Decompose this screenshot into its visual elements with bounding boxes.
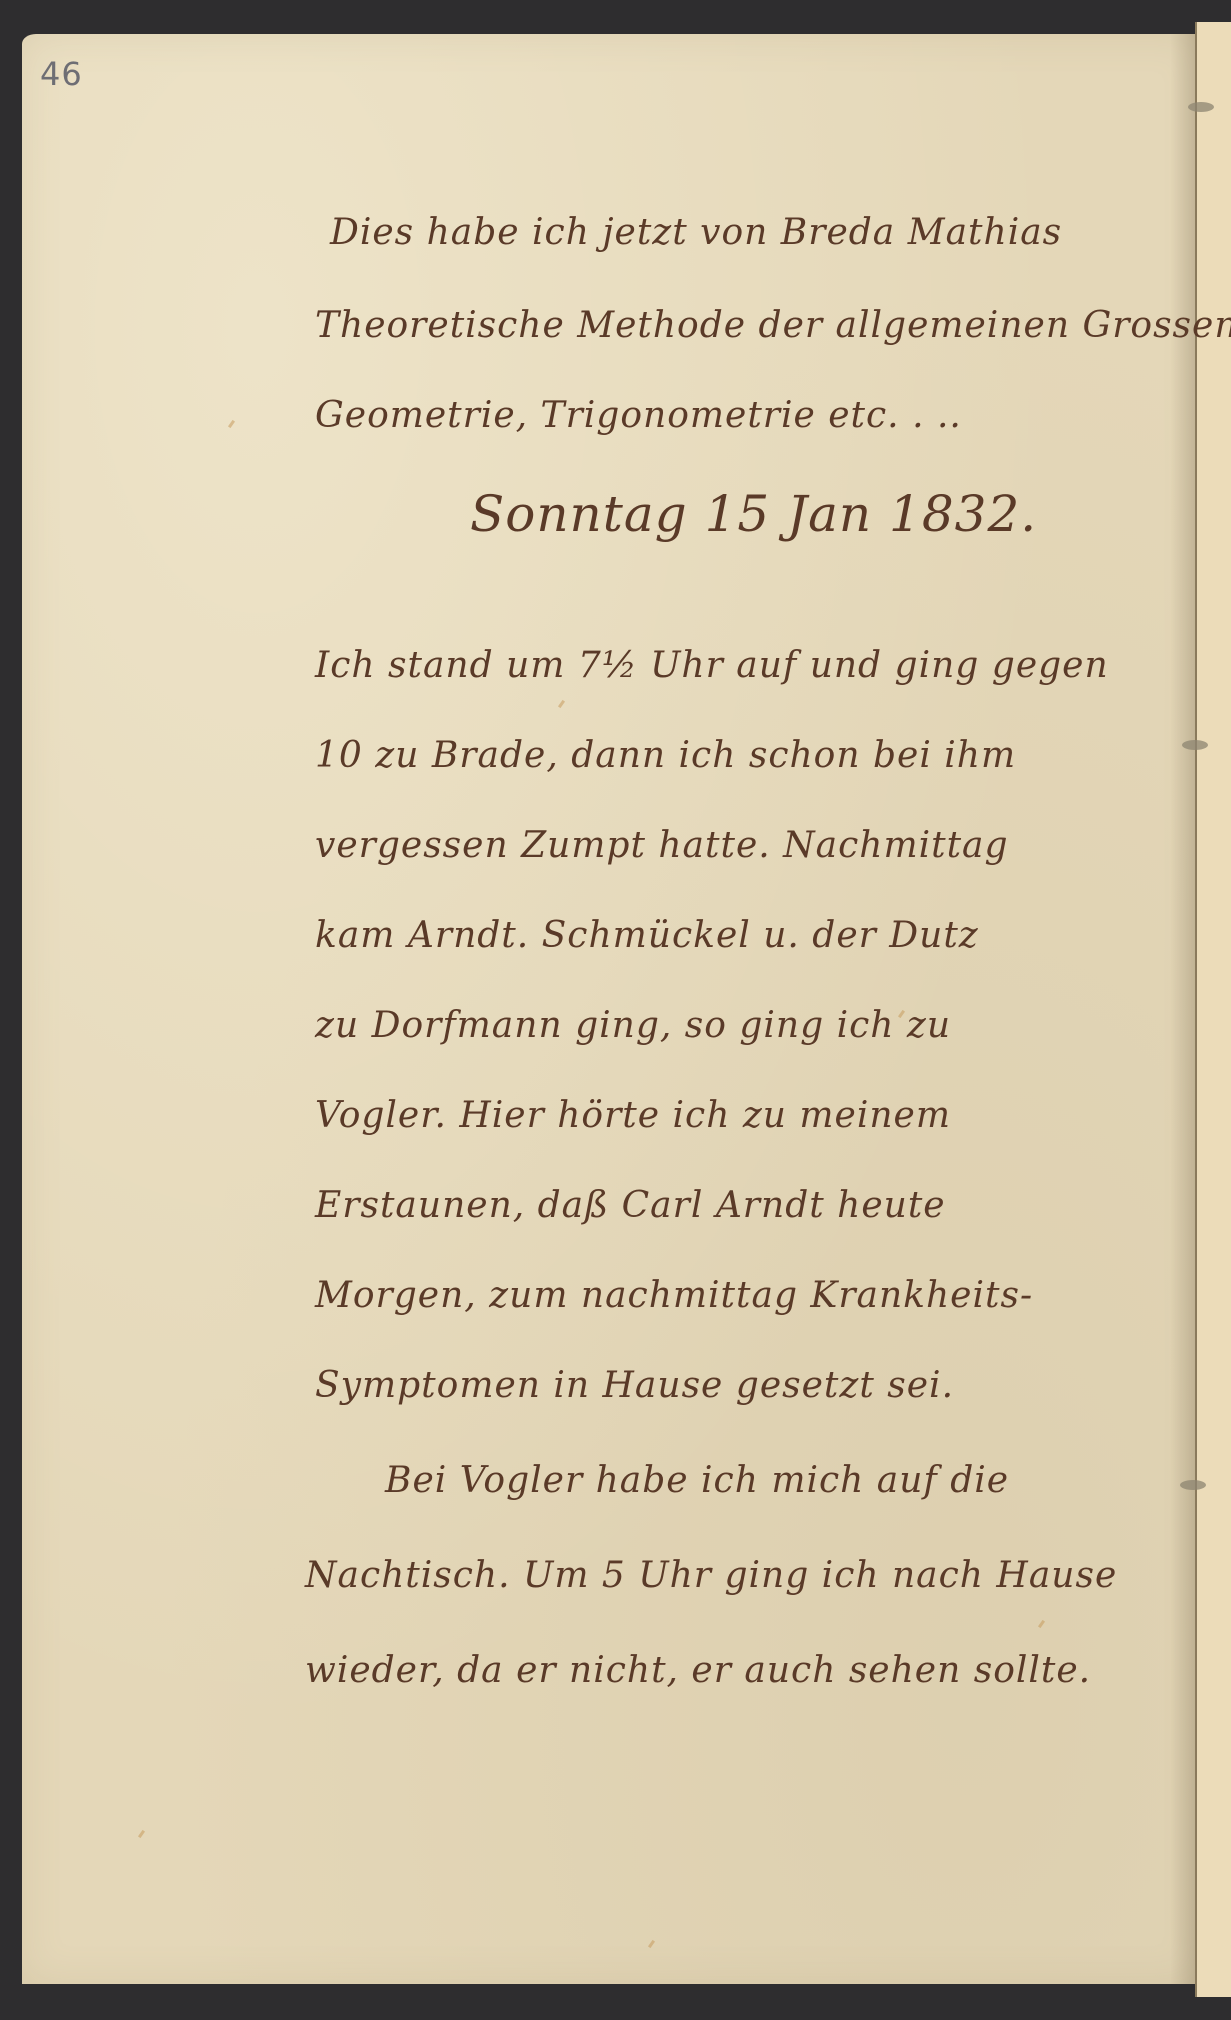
body-line: Vogler. Hier hörte ich zu meinem (315, 1095, 951, 1136)
heading-line: Theoretische Methode der allgemeinen Gro… (315, 305, 1231, 346)
body-line: Nachtisch. Um 5 Uhr ging ich nach Hause (305, 1555, 1117, 1596)
body-line: zu Dorfmann ging, so ging ich zu (315, 1005, 951, 1046)
body-line: Morgen, zum nachmittag Krankheits- (315, 1275, 1033, 1316)
folio-number: 46 (40, 55, 83, 93)
body-line: Bei Vogler habe ich mich auf die (385, 1460, 1009, 1501)
binding-hole (1180, 1480, 1206, 1490)
date-line: Sonntag 15 Jan 1832. (470, 485, 1037, 543)
binding-hole (1182, 740, 1208, 750)
body-line: Symptomen in Hause gesetzt sei. (315, 1365, 954, 1406)
body-line: 10 zu Brade, dann ich schon bei ihm (315, 735, 1016, 776)
body-line: kam Arndt. Schmückel u. der Dutz (315, 915, 979, 956)
body-line: Erstaunen, daß Carl Arndt heute (315, 1185, 946, 1226)
body-line: wieder, da er nicht, er auch sehen sollt… (305, 1650, 1091, 1691)
heading-line: Geometrie, Trigonometrie etc. . .. (315, 395, 962, 436)
binding-hole (1188, 102, 1214, 112)
body-line: Ich stand um 7½ Uhr auf und ging gegen (315, 645, 1109, 686)
body-line: vergessen Zumpt hatte. Nachmittag (315, 825, 1009, 866)
heading-line: Dies habe ich jetzt von Breda Mathias (330, 212, 1062, 253)
